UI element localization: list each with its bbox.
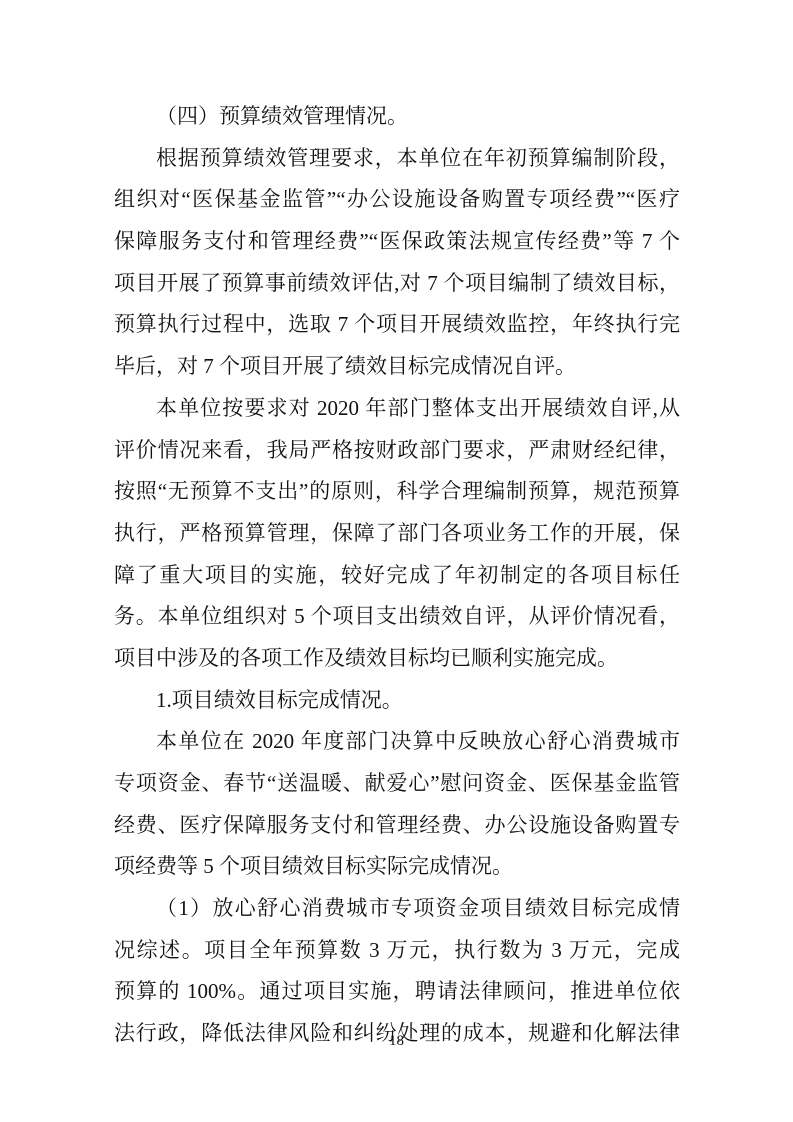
text-line: 经费、医疗保障服务支付和管理经费、办公设施设备购置专 — [114, 805, 680, 847]
text-line: （1）放心舒心消费城市专项资金项目绩效目标完成情 — [114, 888, 680, 930]
section-heading: （四）预算绩效管理情况。 — [114, 96, 680, 138]
text-line: 本单位在 2020 年度部门决算中反映放心舒心消费城市 — [114, 721, 680, 763]
paragraph: 1.项目绩效目标完成情况。 — [114, 680, 680, 722]
text-line: 本单位按要求对 2020 年部门整体支出开展绩效自评,从 — [114, 388, 680, 430]
text-line: 项经费等 5 个项目绩效目标实际完成情况。 — [114, 846, 680, 888]
paragraph: 本单位在 2020 年度部门决算中反映放心舒心消费城市专项资金、春节“送温暖、献… — [114, 721, 680, 888]
document-page: （四）预算绩效管理情况。根据预算绩效管理要求，本单位在年初预算编制阶段，组织对“… — [0, 0, 793, 1122]
text-line: 组织对“医保基金监管”“办公设施设备购置专项经费”“医疗 — [114, 179, 680, 221]
text-line: 评价情况来看，我局严格按财政部门要求，严肃财经纪律， — [114, 430, 680, 472]
text-line: 毕后，对 7 个项目开展了绩效目标完成情况自评。 — [114, 346, 680, 388]
text-line: 保障服务支付和管理经费”“医保政策法规宣传经费”等 7 个 — [114, 221, 680, 263]
document-body: （四）预算绩效管理情况。根据预算绩效管理要求，本单位在年初预算编制阶段，组织对“… — [114, 96, 680, 1055]
text-line: （四）预算绩效管理情况。 — [114, 96, 680, 138]
text-line: 执行，严格预算管理，保障了部门各项业务工作的开展，保 — [114, 513, 680, 555]
text-line: 况综述。项目全年预算数 3 万元，执行数为 3 万元，完成 — [114, 930, 680, 972]
page-number: 18 — [0, 1030, 793, 1052]
text-line: 1.项目绩效目标完成情况。 — [114, 680, 680, 722]
text-line: 预算的 100%。通过项目实施，聘请法律顾问，推进单位依 — [114, 971, 680, 1013]
paragraph: 根据预算绩效管理要求，本单位在年初预算编制阶段，组织对“医保基金监管”“办公设施… — [114, 138, 680, 388]
text-line: 障了重大项目的实施，较好完成了年初制定的各项目标任 — [114, 555, 680, 597]
text-line: 按照“无预算不支出”的原则，科学合理编制预算，规范预算 — [114, 471, 680, 513]
text-line: 根据预算绩效管理要求，本单位在年初预算编制阶段， — [114, 138, 680, 180]
text-line: 专项资金、春节“送温暖、献爱心”慰问资金、医保基金监管 — [114, 763, 680, 805]
text-line: 预算执行过程中，选取 7 个项目开展绩效监控，年终执行完 — [114, 304, 680, 346]
text-line: 务。本单位组织对 5 个项目支出绩效自评，从评价情况看， — [114, 596, 680, 638]
paragraph: 本单位按要求对 2020 年部门整体支出开展绩效自评,从评价情况来看，我局严格按… — [114, 388, 680, 680]
text-line: 项目中涉及的各项工作及绩效目标均已顺利实施完成。 — [114, 638, 680, 680]
text-line: 项目开展了预算事前绩效评估,对 7 个项目编制了绩效目标， — [114, 263, 680, 305]
